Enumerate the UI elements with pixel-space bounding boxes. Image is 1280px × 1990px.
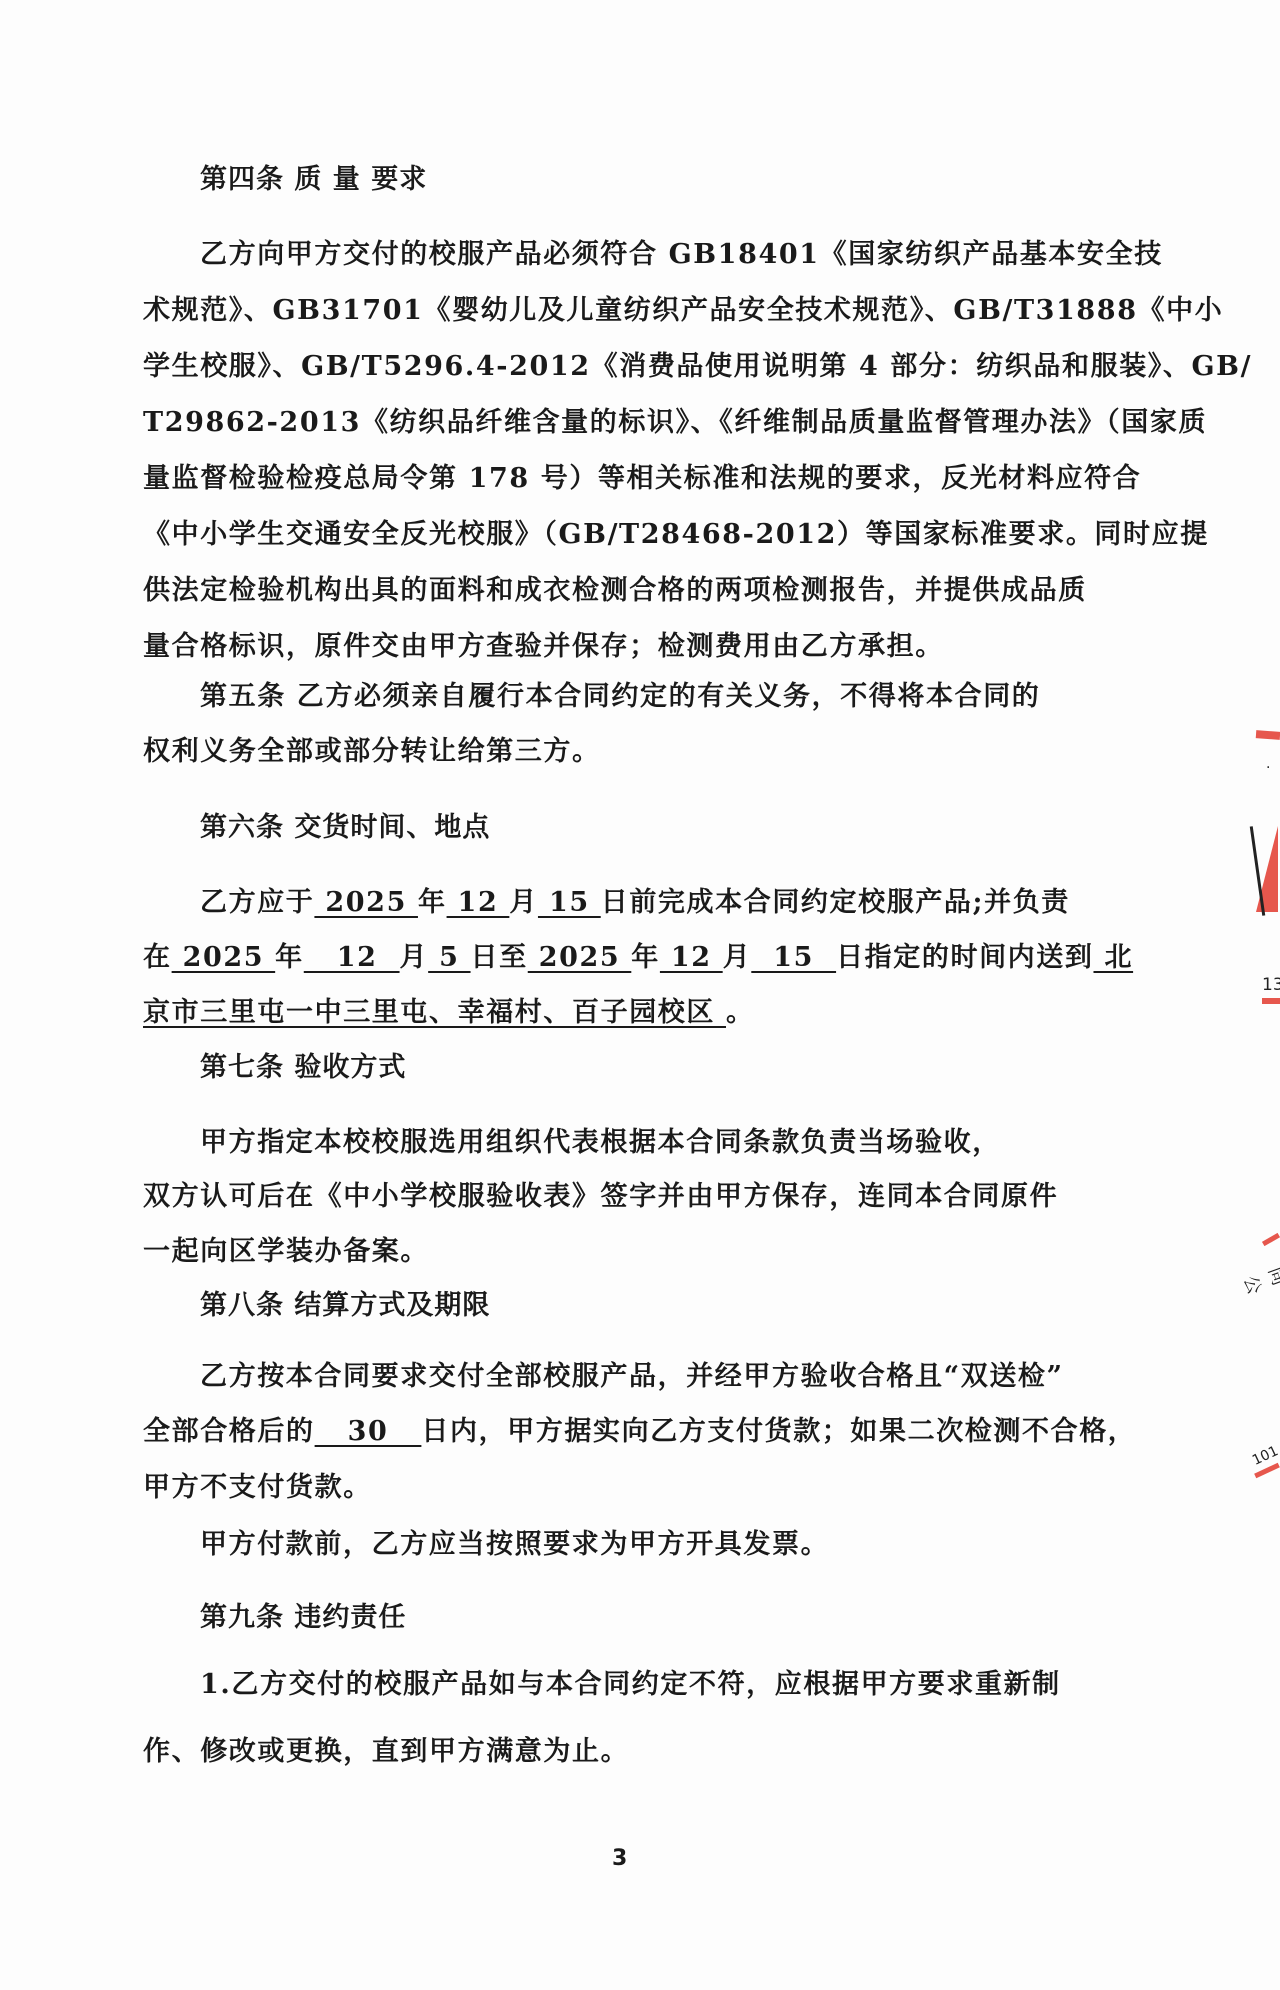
article-6-heading: 第六条 交货时间、地点 (200, 811, 1088, 845)
article-4-line-3: 学生校服》、GB/T5296.4-2012《消费品使用说明第 4 部分：纺织品和… (143, 350, 1088, 384)
delivery-prefix: 乙方应于 (200, 887, 314, 918)
complete-day-field: 15 (538, 887, 601, 918)
article-8-line-3: 甲方不支付货款。 (143, 1471, 1088, 1505)
article-7-line-3: 一起向区学装办备案。 (143, 1235, 1088, 1269)
complete-month-field: 12 (447, 887, 510, 918)
article-8-line-2: 全部合格后的 30 日内，甲方据实向乙方支付货款；如果二次检测不合格， (143, 1415, 1088, 1449)
start-year-field: 2025 (172, 942, 276, 973)
start-month-field: 12 (304, 942, 400, 973)
article-8-heading: 第八条 结算方式及期限 (200, 1289, 1088, 1323)
article-9-line-2: 作、修改或更换，直到甲方满意为止。 (143, 1735, 1088, 1769)
article-4-line-2: 术规范》、GB31701《婴幼儿及儿童纺织产品安全技术规范》、GB/T31888… (143, 294, 1088, 328)
document-page: 第四条 质 量 要求 乙方向甲方交付的校服产品必须符合 GB18401《国家纺织… (0, 0, 1280, 1990)
end-day-field: 15 (751, 942, 836, 973)
delivery-location-label: 日指定的时间内送到 (836, 942, 1093, 973)
article-7-heading: 第七条 验收方式 (200, 1051, 1088, 1085)
delivery-location-field: 京市三里屯一中三里屯、幸福村、百子园校区 (143, 997, 726, 1028)
article-8-line-1: 乙方按本合同要求交付全部校服产品，并经甲方验收合格且“双送检” (200, 1360, 1088, 1394)
article-4-heading: 第四条 质 量 要求 (200, 163, 1088, 197)
article-6-line-1: 乙方应于 2025 年 12 月 15 日前完成本合同约定校服产品;并负责 (200, 886, 1088, 920)
payment-suffix: 日内，甲方据实向乙方支付货款；如果二次检测不合格， (421, 1416, 1136, 1447)
article-6-line-3: 京市三里屯一中三里屯、幸福村、百子园校区 。 (143, 996, 1088, 1030)
delivery-suffix: 日前完成本合同约定校服产品;并负责 (601, 887, 1070, 918)
article-7-line-1: 甲方指定本校校服选用组织代表根据本合同条款负责当场验收， (200, 1126, 1088, 1160)
article-4-line-1: 乙方向甲方交付的校服产品必须符合 GB18401《国家纺织产品基本安全技 (200, 238, 1088, 272)
payment-prefix: 全部合格后的 (143, 1416, 315, 1447)
label-zai: 在 (143, 942, 172, 973)
seal-text-top: · (1266, 760, 1270, 776)
seal-stroke-arc (1262, 1233, 1280, 1246)
seal-stroke-lower (1262, 998, 1280, 1004)
delivery-location-field-start: 北 (1093, 942, 1133, 973)
complete-year-field: 2025 (314, 887, 418, 918)
article-8-line-4: 甲方付款前，乙方应当按照要求为甲方开具发票。 (200, 1528, 1088, 1562)
end-year-field: 2025 (528, 942, 632, 973)
end-month-field: 12 (660, 942, 723, 973)
seal-text-lower: 同公 (1238, 1263, 1280, 1305)
article-4-line-8: 量合格标识，原件交由甲方查验并保存；检测费用由乙方承担。 (143, 630, 1088, 664)
seal-stroke-top (1256, 730, 1280, 740)
label-month: 月 (400, 942, 429, 973)
payment-days-field: 30 (315, 1416, 422, 1447)
period: 。 (726, 997, 755, 1028)
article-6-line-2: 在 2025 年 12 月 5 日至 2025 年 12 月 15 日指定的时间… (143, 941, 1088, 975)
article-5-line-1: 第五条 乙方必须亲自履行本合同约定的有关义务，不得将本合同的 (200, 680, 1088, 714)
label-day-to: 日至 (471, 942, 528, 973)
label-year: 年 (418, 887, 447, 918)
label-year: 年 (275, 942, 304, 973)
article-4-line-6: 《中小学生交通安全反光校服》（GB/T28468-2012）等国家标准要求。同时… (143, 518, 1088, 552)
label-month: 月 (723, 942, 752, 973)
article-4-line-7: 供法定检验机构出具的面料和成衣检测合格的两项检测报告，并提供成品质 (143, 574, 1088, 608)
article-9-heading: 第九条 违约责任 (200, 1601, 1088, 1635)
article-4-line-4: T29862-2013《纺织品纤维含量的标识》、《纤维制品质量监督管理办法》（国… (143, 406, 1088, 440)
article-9-line-1: 1.乙方交付的校服产品如与本合同约定不符，应根据甲方要求重新制 (200, 1668, 1088, 1702)
seal-text-mid: 13 (1262, 975, 1280, 995)
page-number: 3 (612, 1846, 627, 1871)
label-year: 年 (631, 942, 660, 973)
start-day-field: 5 (428, 942, 470, 973)
article-5-line-2: 权利义务全部或部分转让给第三方。 (143, 735, 1088, 769)
article-4-line-5: 量监督检验检疫总局令第 178 号）等相关标准和法规的要求，反光材料应符合 (143, 462, 1088, 496)
label-month: 月 (509, 887, 538, 918)
article-7-line-2: 双方认可后在《中小学校服验收表》签字并由甲方保存，连同本合同原件 (143, 1180, 1088, 1214)
